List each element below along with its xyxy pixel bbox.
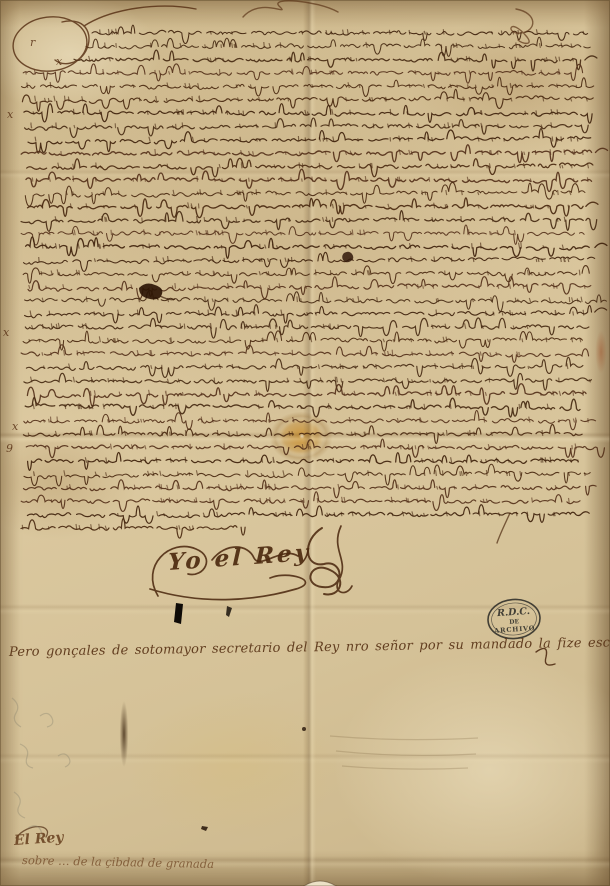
- script-line: [23, 265, 593, 284]
- script-line-downstrokes: [90, 390, 583, 396]
- script-line: [21, 77, 599, 96]
- stamp-archivo: ARCHIVO: [493, 624, 535, 635]
- margin-mark-r: r: [30, 36, 36, 49]
- script-line: [22, 88, 599, 111]
- script-line: [23, 64, 588, 83]
- script-line-downstrokes: [42, 350, 519, 356]
- script-line: [23, 479, 600, 499]
- script-line: [25, 290, 610, 312]
- margin-mark-9: 9: [6, 442, 13, 455]
- script-line: [21, 144, 607, 164]
- script-line: [27, 383, 591, 406]
- script-line-downstrokes: [89, 56, 574, 61]
- script-line: [28, 128, 595, 153]
- bottom-edge-tear: [304, 881, 336, 886]
- script-line-downstrokes: [27, 82, 577, 88]
- script-line: [25, 396, 585, 419]
- script-line: [28, 452, 582, 470]
- script-line: [21, 210, 599, 233]
- script-line-downstrokes: [42, 296, 582, 302]
- manuscript-page: r x x x x 9: [0, 0, 610, 886]
- script-line: [21, 345, 593, 363]
- script-line: [25, 181, 588, 206]
- stamp-monogram: R.D.C.: [496, 606, 531, 619]
- script-line: [26, 438, 609, 460]
- margin-mark-x1: x: [56, 55, 63, 68]
- corner-circle-doodle: [10, 1, 533, 76]
- script-line: [27, 504, 593, 523]
- script-line: [28, 197, 598, 218]
- script-line: [23, 424, 585, 444]
- body-text-block: [21, 25, 609, 538]
- margin-mark-x2: x: [7, 108, 14, 121]
- show-through-ink: [12, 698, 70, 839]
- script-line: [24, 464, 595, 488]
- script-line: [25, 317, 594, 338]
- script-line: [25, 117, 592, 138]
- script-line: [24, 103, 598, 125]
- script-line: [26, 357, 589, 378]
- margin-mark-x4: x: [12, 420, 19, 433]
- wrinkle-lines: [330, 736, 478, 769]
- manuscript-art: r x x x x 9: [0, 0, 610, 886]
- script-line: [26, 169, 594, 192]
- script-line: [27, 157, 596, 179]
- script-line: [24, 371, 596, 393]
- script-line: [21, 492, 585, 512]
- script-line: [21, 225, 589, 246]
- script-line: [21, 518, 251, 538]
- margin-mark-x3: x: [3, 326, 10, 339]
- archive-stamp: R.D.C. DE ARCHIVO: [487, 598, 542, 641]
